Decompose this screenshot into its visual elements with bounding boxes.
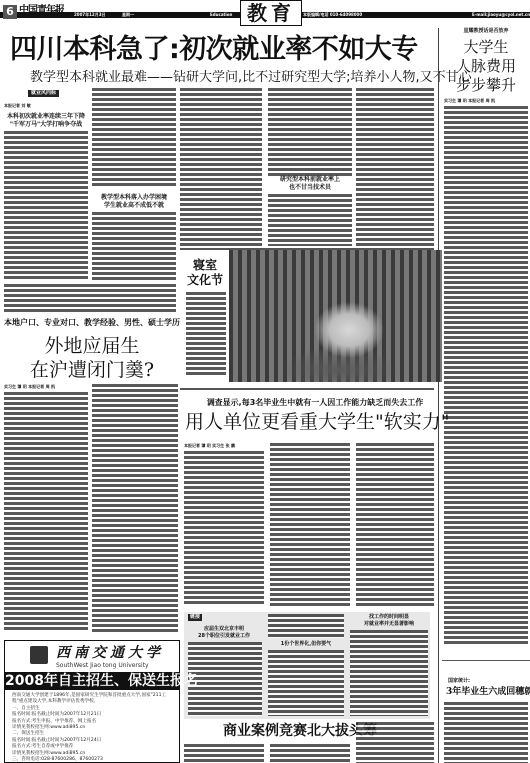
left-lower-byline: 实习生 谭 玥 本报记者 周 凯 [4,384,55,390]
sidebar-head-2: 1份个世界化,但你要气 [268,641,344,648]
center-byline: 本报记者 谭 玥 实习生 张 鹏 [184,443,235,449]
photo-caption-text [186,292,226,376]
lead-text-col-4b [268,194,352,246]
sidebar-col-1 [188,642,262,716]
sidebar-head-3: 找工作的时间明显 [350,614,428,621]
column-tag: 就业风向标 [28,90,59,97]
lead-text-continued [4,284,176,312]
lead-subhead-1b: "千军万马"大学打响争夺战 [4,121,88,129]
lead-subheadline: 教学型本科就业最难——钻研大学问,比不过研究型大学;培养小人物,又不甘心 [30,70,472,86]
sidebar-col-2a [268,614,344,638]
lead-subhead-1: 本科初次就业率连续三年下降 [4,113,88,121]
left-lower-col-2 [92,384,178,632]
header-email: E-mail:jiaoyu@cyol.net.cn [472,12,530,18]
left-lower-kicker: 本地户口、专业对口、教学经验、男性、硕士学历 [4,318,180,328]
right-byline: 实习生 谭 玥 本报记者 周 凯 [444,98,495,104]
header-weekday: 星期一 [122,12,134,18]
editor-info: 本版编辑/电话 010-64098000 [303,12,362,18]
lead-subhead-3: 研究型本科前就业率上 [268,176,352,184]
column-rule [438,28,439,763]
sidebar-head-3b: 对就业率并无显著影响 [350,621,428,628]
university-name-en: SouthWest Jiao tong University [56,662,149,670]
lead-headline: 四川本科急了:初次就业率不如大专 [10,34,430,66]
bottom-col-1 [184,744,264,763]
photo-feature-title: 寝室 文化节 [182,258,228,288]
center-kicker: 调查显示,每3名毕业生中就有一人因工作能力缺乏而失去工作 [200,398,430,408]
lead-text-col-3 [180,88,262,246]
lead-text-col-2a [92,88,176,188]
decorative-slashes: //// [50,10,58,18]
photo-title-line: 文化节 [182,273,228,288]
right-text-col [444,106,528,646]
left-lower-headline: 外地应届生 在沪遭闭门羹? [4,334,180,382]
center-col-2 [270,443,350,606]
ad-line: 三、咨询电话:028-87600286、87600273 [12,757,177,763]
university-logo-icon [30,646,48,664]
sidebar-tag: 链接 [188,614,202,621]
lead-byline: 本报记者 刘 敏 [4,103,31,109]
sidebar-head-1b: 28个职位引发就业工作 [186,633,262,640]
lead-text-col-4a [268,88,352,176]
right-kicker: 星耀教授话是否放弃 [444,28,528,35]
ad-intro: 西南交通大学创建于1896年,是国家研究生学院和首批重点大学,国家"211工程"… [12,693,177,706]
right-headline-line: 步步攀升 [444,76,528,95]
sidebar-col-3 [350,630,428,716]
university-name-cn: 西南交通大学 [56,645,164,661]
divider [442,660,530,661]
bottom-col-3 [356,722,434,763]
center-col-3 [356,443,434,606]
lead-subhead-2b: 学生就业高不成低不就 [92,202,176,210]
center-headline: 用人单位更看重大学生"软实力" [185,410,435,434]
headline-line: 在沪遭闭门羹? [4,358,180,382]
lead-text-col-1 [4,131,88,281]
sidebar-col-2b [268,650,344,716]
headline-line: 外地应届生 [4,334,180,358]
center-col-1 [184,451,264,606]
divider [180,388,434,390]
lead-text-col-5 [356,88,434,246]
bottom-col-2 [270,744,350,763]
right-headline-line: 人脉费用 [444,57,528,76]
ad-body: 西南交通大学创建于1896年,是国家研究生学院和首批重点大学,国家"211工程"… [12,693,177,763]
section-title: 教育 [240,0,302,26]
right-bottom-headline: 3年毕业生六成回穗就业 [446,686,530,698]
right-headline: 大学生 人脉费用 步步攀升 [444,38,528,95]
lead-text-col-2b [92,212,176,282]
right-headline-line: 大学生 [444,38,528,57]
lead-subhead-2: 教学型本科落入办学困境 [92,194,176,202]
header-section-en: Education [210,12,232,18]
lion-dance-photo [229,250,442,382]
lead-subhead-3b: 也不甘当技术员 [268,184,352,192]
right-bottom-text [444,702,528,763]
sidebar-head-1: 应届生双北京丰明 [186,626,262,633]
photo-title-line: 寝室 [182,258,228,273]
page-number: 6 [3,5,17,19]
right-bottom-kicker: 国家统计: [448,678,470,685]
ad-banner: 2008年自主招生、保送生报名 [5,672,179,690]
header-date: 2007年12月3日 [74,12,105,18]
left-lower-col-1 [4,392,88,632]
